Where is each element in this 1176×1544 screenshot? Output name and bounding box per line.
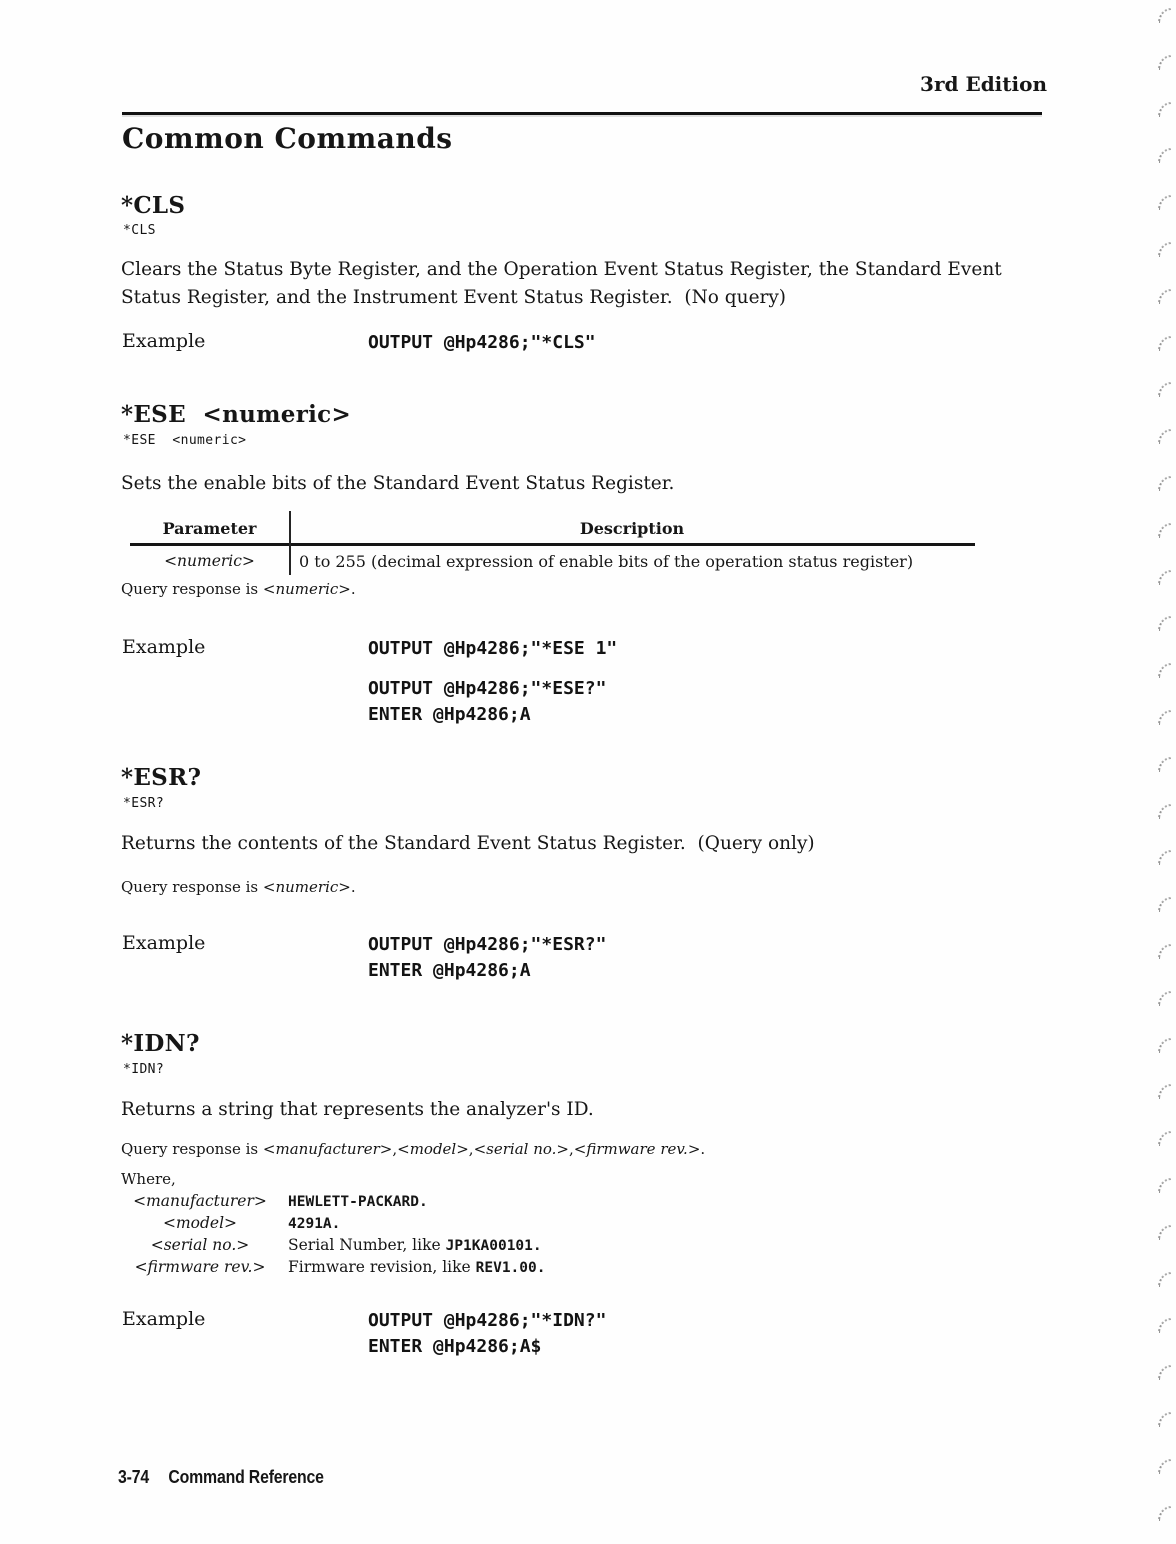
where-row-model: <model> 4291A. [125, 1214, 545, 1236]
footer-label: Command Reference [168, 1467, 323, 1488]
query-response-suffix: . [351, 878, 356, 896]
where-description-code: JP1KA00101. [446, 1238, 542, 1254]
scan-artifact-icon [1158, 1506, 1171, 1521]
where-description: 4291A. [288, 1214, 340, 1232]
scan-artifact-icon [1158, 523, 1171, 538]
where-term: <serial no.> [125, 1236, 275, 1254]
ese-description: Sets the enable bits of the Standard Eve… [121, 470, 1033, 498]
scan-artifact-icon [1158, 195, 1171, 210]
where-row-serial: <serial no.> Serial Number, like JP1KA00… [125, 1236, 545, 1258]
esr-example-code-2: ENTER @Hp4286;A [368, 958, 606, 984]
ese-command-title: *ESE <numeric> [121, 401, 351, 428]
ese-query-response: Query response is <numeric>. [121, 580, 356, 598]
scan-artifact-icon [1158, 1365, 1171, 1380]
where-term: <manufacturer> [125, 1192, 275, 1210]
esr-example-code-group: OUTPUT @Hp4286;"*ESR?"ENTER @Hp4286;A [368, 932, 606, 984]
scan-artifact-icon [1158, 1459, 1171, 1474]
scan-artifact-icon [1158, 1178, 1171, 1193]
scan-artifact-icon [1158, 757, 1171, 772]
table-cell-description: 0 to 255 (decimal expression of enable b… [289, 552, 975, 571]
where-description: HEWLETT-PACKARD. [288, 1192, 428, 1210]
table-column-divider [289, 511, 291, 575]
scan-artifact-icon [1158, 336, 1171, 351]
idn-where-label: Where, [121, 1170, 176, 1188]
esr-query-response: Query response is <numeric>. [121, 878, 356, 896]
scan-artifact-icon [1158, 1225, 1171, 1240]
table-row: <numeric> 0 to 255 (decimal expression o… [130, 546, 975, 571]
where-description-code: HEWLETT-PACKARD. [288, 1194, 428, 1210]
cls-example-code: OUTPUT @Hp4286;"*CLS" [368, 330, 596, 356]
scan-artifact-icon [1158, 616, 1171, 631]
scan-artifact-icon [1158, 1084, 1171, 1099]
idn-example-code-2: ENTER @Hp4286;A$ [368, 1334, 606, 1360]
where-row-firmware: <firmware rev.> Firmware revision, like … [125, 1258, 545, 1280]
ese-example-label: Example [122, 636, 205, 658]
manual-page: 3rd Edition Common Commands *CLS *CLS Cl… [0, 0, 1176, 1544]
esr-example-label: Example [122, 932, 205, 954]
scan-artifact-icon [1158, 1412, 1171, 1427]
esr-description: Returns the contents of the Standard Eve… [121, 830, 1033, 858]
idn-where-list: <manufacturer> HEWLETT-PACKARD. <model> … [125, 1192, 545, 1280]
footer-page-number: 3-74 [118, 1467, 149, 1488]
page-title: Common Commands [122, 122, 453, 155]
scan-artifact-icon [1158, 1131, 1171, 1146]
cls-command-syntax: *CLS [123, 223, 156, 238]
scan-artifact-icon [1158, 8, 1171, 23]
query-response-suffix: . [351, 580, 356, 598]
ese-command-syntax: *ESE <numeric> [123, 433, 246, 448]
table-header-description: Description [289, 519, 975, 538]
ese-parameter-table: Parameter Description <numeric> 0 to 255… [130, 511, 975, 571]
scan-artifact-icon [1158, 663, 1171, 678]
scan-artifact-icon [1158, 289, 1171, 304]
scan-artifact-icon [1158, 570, 1171, 585]
query-response-term-manufacturer: <manufacturer> [263, 1140, 392, 1158]
idn-description: Returns a string that represents the ana… [121, 1096, 1033, 1124]
where-row-manufacturer: <manufacturer> HEWLETT-PACKARD. [125, 1192, 545, 1214]
scan-artifact-icon [1158, 1318, 1171, 1333]
where-description-text: Firmware revision, like [288, 1258, 476, 1276]
scan-artifact-icon [1158, 476, 1171, 491]
query-response-term-firmware: <firmware rev.> [574, 1140, 701, 1158]
table-header-row: Parameter Description [130, 511, 975, 543]
query-response-prefix: Query response is [121, 580, 263, 598]
cls-example-label: Example [122, 330, 205, 352]
idn-example-code-group: OUTPUT @Hp4286;"*IDN?"ENTER @Hp4286;A$ [368, 1308, 606, 1360]
where-description-code: REV1.00. [476, 1260, 546, 1276]
query-response-prefix: Query response is [121, 878, 263, 896]
scan-artifact-icon [1158, 55, 1171, 70]
ese-example-code-1: OUTPUT @Hp4286;"*ESE 1" [368, 636, 617, 662]
where-term: <model> [125, 1214, 275, 1232]
table-cell-parameter: <numeric> [130, 552, 289, 571]
idn-command-syntax: *IDN? [123, 1062, 164, 1077]
scan-artifact-icon [1158, 850, 1171, 865]
query-response-term: <numeric> [263, 878, 351, 896]
ese-example-code-group: OUTPUT @Hp4286;"*ESE?"ENTER @Hp4286;A [368, 676, 606, 728]
cls-command-title: *CLS [121, 192, 185, 219]
cls-description: Clears the Status Byte Register, and the… [121, 256, 1033, 312]
scan-artifact-column [1156, 0, 1176, 1544]
edition-label: 3rd Edition [797, 72, 1047, 96]
where-description-code: 4291A. [288, 1216, 340, 1232]
scan-artifact-icon [1158, 991, 1171, 1006]
esr-command-syntax: *ESR? [123, 796, 164, 811]
scan-artifact-icon [1158, 710, 1171, 725]
ese-example-code-2: OUTPUT @Hp4286;"*ESE?" [368, 676, 606, 702]
idn-example-code-1: OUTPUT @Hp4286;"*IDN?" [368, 1308, 606, 1334]
scan-artifact-icon [1158, 804, 1171, 819]
scan-artifact-icon [1158, 1038, 1171, 1053]
ese-example-code-3: ENTER @Hp4286;A [368, 702, 606, 728]
where-description-text: Serial Number, like [288, 1236, 446, 1254]
where-description: Serial Number, like JP1KA00101. [288, 1236, 542, 1254]
page-footer: 3-74 Command Reference [118, 1467, 324, 1488]
esr-command-title: *ESR? [121, 764, 201, 791]
scan-artifact-icon [1158, 1272, 1171, 1287]
idn-query-response: Query response is <manufacturer>,<model>… [121, 1140, 705, 1158]
query-response-term-serial: <serial no.> [474, 1140, 569, 1158]
scan-artifact-icon [1158, 102, 1171, 117]
esr-example-code-1: OUTPUT @Hp4286;"*ESR?" [368, 932, 606, 958]
query-response-prefix: Query response is [121, 1140, 263, 1158]
scan-artifact-icon [1158, 382, 1171, 397]
scan-artifact-icon [1158, 429, 1171, 444]
idn-command-title: *IDN? [121, 1030, 200, 1057]
scan-artifact-icon [1158, 897, 1171, 912]
where-description: Firmware revision, like REV1.00. [288, 1258, 545, 1276]
header-rule [122, 112, 1042, 115]
query-response-suffix: . [700, 1140, 705, 1158]
scan-artifact-icon [1158, 944, 1171, 959]
idn-example-label: Example [122, 1308, 205, 1330]
query-response-term-model: <model> [397, 1140, 469, 1158]
scan-artifact-icon [1158, 148, 1171, 163]
scan-artifact-icon [1158, 242, 1171, 257]
table-header-parameter: Parameter [130, 519, 289, 538]
where-term: <firmware rev.> [125, 1258, 275, 1276]
query-response-term: <numeric> [263, 580, 351, 598]
